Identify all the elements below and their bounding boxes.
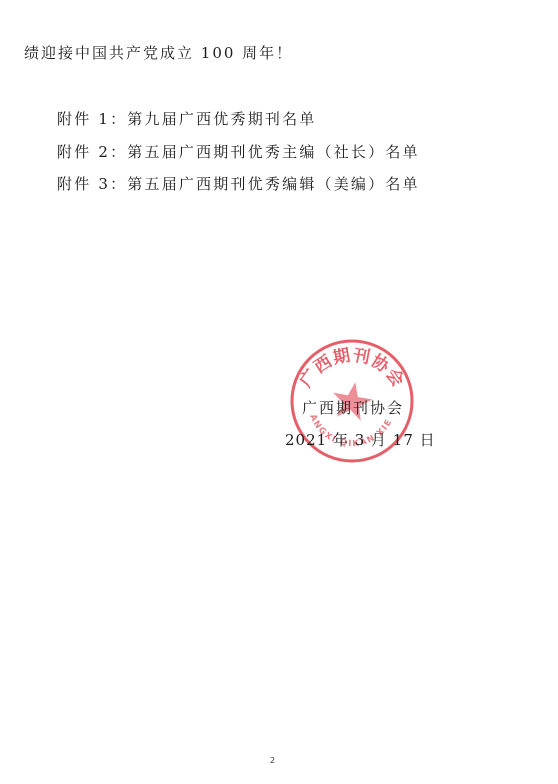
intro-paragraph-line: 绩迎接中国共产党成立 100 周年！ xyxy=(24,43,293,63)
signature-date: 2021 年 3 月 17 日 xyxy=(285,429,436,450)
attachment-item-2: 附件 2：第五届广西期刊优秀主编（社长）名单 xyxy=(57,142,420,162)
attachment-item-1: 附件 1：第九届广西优秀期刊名单 xyxy=(57,109,317,129)
svg-text:广西期刊协会: 广西期刊协会 xyxy=(295,344,408,391)
page-number: 2 xyxy=(270,756,275,765)
signature-organization: 广西期刊协会 xyxy=(302,397,404,418)
attachment-item-3: 附件 3：第五届广西期刊优秀编辑（美编）名单 xyxy=(57,174,420,194)
seal-top-text: 广西期刊协会 xyxy=(295,344,408,391)
